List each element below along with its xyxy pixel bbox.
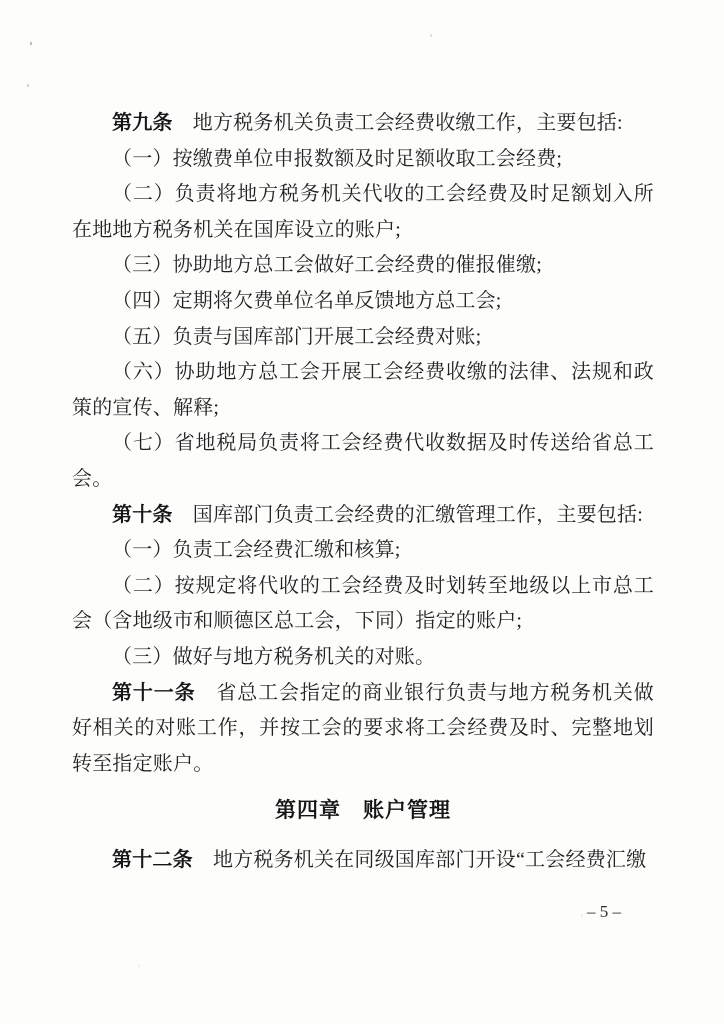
paragraph-item-5: （五）负责与国库部门开展工会经费对账; xyxy=(72,320,654,356)
item-6-text: （六）协助地方总工会开展工会经费收缴的法律、法规和政策的宣传、解释; xyxy=(72,361,654,419)
item-1-text: （一）按缴费单位申报数额及时足额收取工会经费; xyxy=(112,148,562,170)
scan-noise-specks xyxy=(30,42,32,45)
item-10-3-text: （三）做好与地方税务机关的对账。 xyxy=(112,646,435,668)
item-3-text: （三）协助地方总工会做好工会经费的催报催缴; xyxy=(112,254,542,276)
paragraph-article-10: 第十条 国库部门负责工会经费的汇缴管理工作，主要包括: xyxy=(72,498,654,534)
article-10-number: 第十条 xyxy=(112,504,173,526)
paragraph-item-2: （二）负责将地方税务机关代收的工会经费及时足额划入所在地地方税务机关在国库设立的… xyxy=(72,177,654,248)
paragraph-item-7: （七）省地税局负责将工会经费代收数据及时传送给省总工会。 xyxy=(72,426,654,497)
item-2-text: （二）负责将地方税务机关代收的工会经费及时足额划入所在地地方税务机关在国库设立的… xyxy=(72,183,654,241)
item-5-text: （五）负责与国库部门开展工会经费对账; xyxy=(112,326,481,348)
item-10-2-text: （二）按规定将代收的工会经费及时划转至地级以上市总工会（含地级市和顺德区总工会，… xyxy=(72,575,654,633)
item-4-text: （四）定期将欠费单位名单反馈地方总工会; xyxy=(112,290,502,312)
paragraph-item-10-1: （一）负责工会经费汇缴和核算; xyxy=(72,533,654,569)
paragraph-item-4: （四）定期将欠费单位名单反馈地方总工会; xyxy=(72,284,654,320)
item-10-1-text: （一）负责工会经费汇缴和核算; xyxy=(112,539,401,561)
article-9-text: 地方税务机关负责工会经费收缴工作，主要包括: xyxy=(173,112,623,134)
paragraph-item-10-2: （二）按规定将代收的工会经费及时划转至地级以上市总工会（含地级市和顺德区总工会，… xyxy=(72,569,654,640)
item-7-text: （七）省地税局负责将工会经费代收数据及时传送给省总工会。 xyxy=(72,432,654,490)
paragraph-item-1: （一）按缴费单位申报数额及时足额收取工会经费; xyxy=(72,142,654,178)
article-12-number: 第十二条 xyxy=(112,849,193,871)
paragraph-item-10-3: （三）做好与地方税务机关的对账。 xyxy=(72,640,654,676)
paragraph-item-6: （六）协助地方总工会开展工会经费收缴的法律、法规和政策的宣传、解释; xyxy=(72,355,654,426)
chapter-heading: 第四章 账户管理 xyxy=(72,793,654,829)
article-10-text: 国库部门负责工会经费的汇缴管理工作，主要包括: xyxy=(173,504,643,526)
page-number: – 5 – xyxy=(576,902,632,922)
paragraph-article-9: 第九条 地方税务机关负责工会经费收缴工作，主要包括: xyxy=(72,106,654,142)
article-9-number: 第九条 xyxy=(112,112,173,134)
document-body: 第九条 地方税务机关负责工会经费收缴工作，主要包括: （一）按缴费单位申报数额及… xyxy=(72,0,654,878)
paragraph-article-12: 第十二条 地方税务机关在同级国库部门开设“工会经费汇缴 xyxy=(72,843,654,879)
article-11-number: 第十一条 xyxy=(112,682,196,704)
paragraph-item-3: （三）协助地方总工会做好工会经费的催报催缴; xyxy=(72,248,654,284)
article-12-text: 地方税务机关在同级国库部门开设“工会经费汇缴 xyxy=(193,849,646,871)
paragraph-article-11: 第十一条 省总工会指定的商业银行负责与地方税务机关做好相关的对账工作，并按工会的… xyxy=(72,676,654,783)
scanned-document-page: 第九条 地方税务机关负责工会经费收缴工作，主要包括: （一）按缴费单位申报数额及… xyxy=(0,0,724,1024)
